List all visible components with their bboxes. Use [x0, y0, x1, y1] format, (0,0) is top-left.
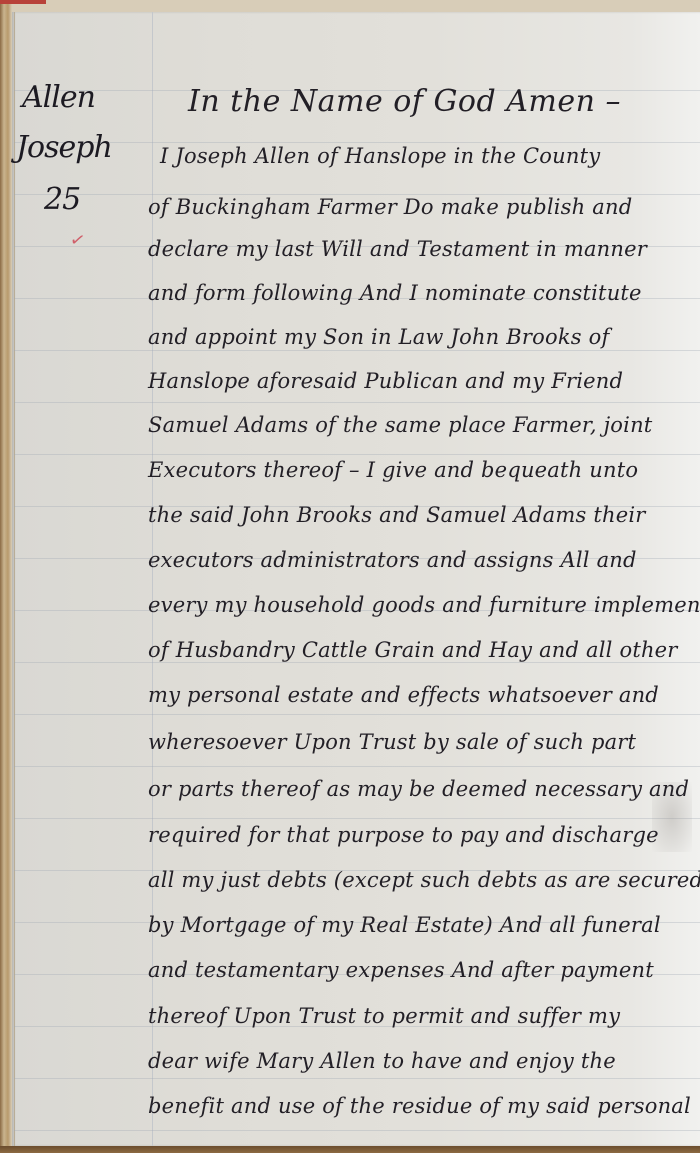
- ruled-line: [14, 402, 700, 403]
- text-line: Hanslope aforesaid Publican and my Frien…: [148, 369, 623, 393]
- ruled-line: [14, 714, 700, 715]
- ruled-line: [14, 1078, 700, 1079]
- text-line: or parts thereof as may be deemed necess…: [148, 777, 689, 801]
- text-line: dear wife Mary Allen to have and enjoy t…: [148, 1049, 616, 1073]
- text-line: required for that purpose to pay and dis…: [148, 823, 659, 847]
- will-heading: In the Name of God Amen –: [188, 84, 621, 119]
- text-line: and appoint my Son in Law John Brooks of: [148, 325, 609, 349]
- text-line: thereof Upon Trust to permit and suffer …: [148, 1004, 620, 1028]
- margin-entry-number: 25: [44, 182, 80, 217]
- ruled-line: [14, 350, 700, 351]
- ruled-line: [14, 766, 700, 767]
- text-line: all my just debts (except such debts as …: [148, 868, 700, 892]
- text-line: and testamentary expenses And after paym…: [148, 958, 654, 982]
- ruled-line: [14, 662, 700, 663]
- text-line: benefit and use of the residue of my sai…: [148, 1094, 691, 1118]
- ruled-line: [14, 1130, 700, 1131]
- text-line: every my household goods and furniture i…: [148, 593, 700, 617]
- ledger-bottom-edge: [0, 1146, 700, 1153]
- text-line: of Buckingham Farmer Do make publish and: [148, 195, 632, 219]
- red-page-edge: [0, 0, 46, 4]
- ruled-line: [14, 818, 700, 819]
- text-line: Samuel Adams of the same place Farmer, j…: [148, 413, 652, 437]
- text-line: the said John Brooks and Samuel Adams th…: [148, 503, 646, 527]
- text-line: executors administrators and assigns All…: [148, 548, 637, 572]
- page-border: [14, 12, 15, 1146]
- ruled-line: [14, 454, 700, 455]
- margin-surname: Allen: [22, 80, 95, 115]
- text-line: of Husbandry Cattle Grain and Hay and al…: [148, 638, 678, 662]
- margin-forename: Joseph: [16, 130, 112, 165]
- text-line: declare my last Will and Testament in ma…: [148, 237, 647, 261]
- text-line: I Joseph Allen of Hanslope in the County: [160, 144, 600, 168]
- text-line: and form following And I nominate consti…: [148, 281, 642, 305]
- ruled-line: [14, 142, 700, 143]
- text-line: my personal estate and effects whatsoeve…: [148, 683, 659, 707]
- text-line: Executors thereof – I give and bequeath …: [148, 458, 638, 482]
- text-line: wheresoever Upon Trust by sale of such p…: [148, 730, 636, 754]
- text-line: by Mortgage of my Real Estate) And all f…: [148, 913, 661, 937]
